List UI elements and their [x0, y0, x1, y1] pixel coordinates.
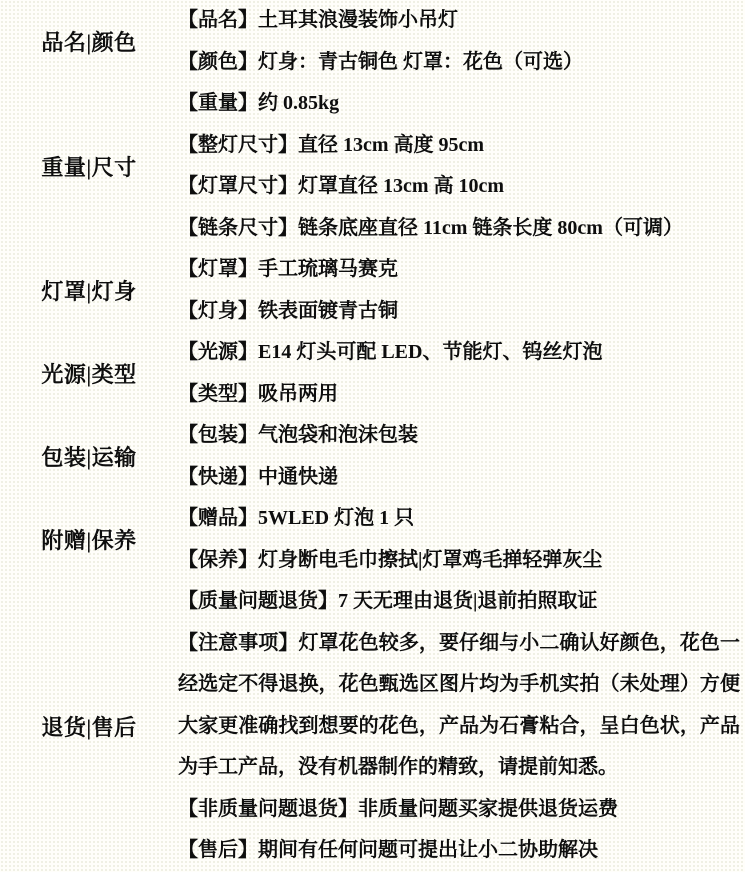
- spec-row: 【光源】E14 灯头可配 LED、节能灯、钨丝灯泡: [178, 332, 740, 374]
- section-label: 附赠|保养: [0, 498, 178, 581]
- product-spec-table: 品名|颜色 【品名】土耳其浪漫装饰小吊灯 【颜色】灯身：青古铜色 灯罩：花色（可…: [0, 0, 745, 872]
- section-label: 重量|尺寸: [0, 83, 178, 249]
- spec-row: 【重量】约 0.85kg: [178, 83, 740, 125]
- spec-row: 【快递】中通快递: [178, 457, 740, 499]
- section-rows: 【灯罩】手工琉璃马赛克 【灯身】铁表面镀青古铜: [178, 249, 745, 332]
- spec-row: 【赠品】5WLED 灯泡 1 只: [178, 498, 740, 540]
- spec-row: 【保养】灯身断电毛巾擦拭|灯罩鸡毛掸轻弹灰尘: [178, 540, 740, 582]
- spec-row: 【类型】吸吊两用: [178, 374, 740, 416]
- section-rows: 【质量问题退货】7 天无理由退货|退前拍照取证 【注意事项】灯罩花色较多，要仔细…: [178, 581, 745, 872]
- spec-row: 【灯罩】手工琉璃马赛克: [178, 249, 740, 291]
- spec-section-gift-care: 附赠|保养 【赠品】5WLED 灯泡 1 只 【保养】灯身断电毛巾擦拭|灯罩鸡毛…: [0, 498, 745, 581]
- spec-row: 【质量问题退货】7 天无理由退货|退前拍照取证: [178, 581, 740, 623]
- section-rows: 【重量】约 0.85kg 【整灯尺寸】直径 13cm 高度 95cm 【灯罩尺寸…: [178, 83, 745, 249]
- spec-row: 【包装】气泡袋和泡沫包装: [178, 415, 740, 457]
- spec-section-return-aftersale: 退货|售后 【质量问题退货】7 天无理由退货|退前拍照取证 【注意事项】灯罩花色…: [0, 581, 745, 872]
- section-label: 品名|颜色: [0, 0, 178, 83]
- section-label: 包装|运输: [0, 415, 178, 498]
- spec-row: 【非质量问题退货】非质量问题买家提供退货运费: [178, 789, 740, 831]
- spec-row: 【售后】期间有任何问题可提出让小二协助解决: [178, 830, 740, 872]
- spec-row-notes-paragraph: 【注意事项】灯罩花色较多，要仔细与小二确认好颜色，花色一经选定不得退换，花色甄选…: [178, 623, 740, 789]
- spec-row: 【颜色】灯身：青古铜色 灯罩：花色（可选）: [178, 42, 740, 84]
- spec-section-weight-size: 重量|尺寸 【重量】约 0.85kg 【整灯尺寸】直径 13cm 高度 95cm…: [0, 83, 745, 249]
- section-rows: 【光源】E14 灯头可配 LED、节能灯、钨丝灯泡 【类型】吸吊两用: [178, 332, 745, 415]
- section-label: 光源|类型: [0, 332, 178, 415]
- spec-row: 【链条尺寸】链条底座直径 11cm 链条长度 80cm（可调）: [178, 208, 740, 250]
- spec-row: 【整灯尺寸】直径 13cm 高度 95cm: [178, 125, 740, 167]
- spec-row: 【灯罩尺寸】灯罩直径 13cm 高 10cm: [178, 166, 740, 208]
- spec-row: 【灯身】铁表面镀青古铜: [178, 291, 740, 333]
- section-label: 退货|售后: [0, 581, 178, 872]
- section-rows: 【包装】气泡袋和泡沫包装 【快递】中通快递: [178, 415, 745, 498]
- spec-section-packing-shipping: 包装|运输 【包装】气泡袋和泡沫包装 【快递】中通快递: [0, 415, 745, 498]
- section-rows: 【品名】土耳其浪漫装饰小吊灯 【颜色】灯身：青古铜色 灯罩：花色（可选）: [178, 0, 745, 83]
- section-rows: 【赠品】5WLED 灯泡 1 只 【保养】灯身断电毛巾擦拭|灯罩鸡毛掸轻弹灰尘: [178, 498, 745, 581]
- spec-section-shade-body: 灯罩|灯身 【灯罩】手工琉璃马赛克 【灯身】铁表面镀青古铜: [0, 249, 745, 332]
- spec-row: 【品名】土耳其浪漫装饰小吊灯: [178, 0, 740, 42]
- section-label: 灯罩|灯身: [0, 249, 178, 332]
- spec-section-light-type: 光源|类型 【光源】E14 灯头可配 LED、节能灯、钨丝灯泡 【类型】吸吊两用: [0, 332, 745, 415]
- spec-section-name-color: 品名|颜色 【品名】土耳其浪漫装饰小吊灯 【颜色】灯身：青古铜色 灯罩：花色（可…: [0, 0, 745, 83]
